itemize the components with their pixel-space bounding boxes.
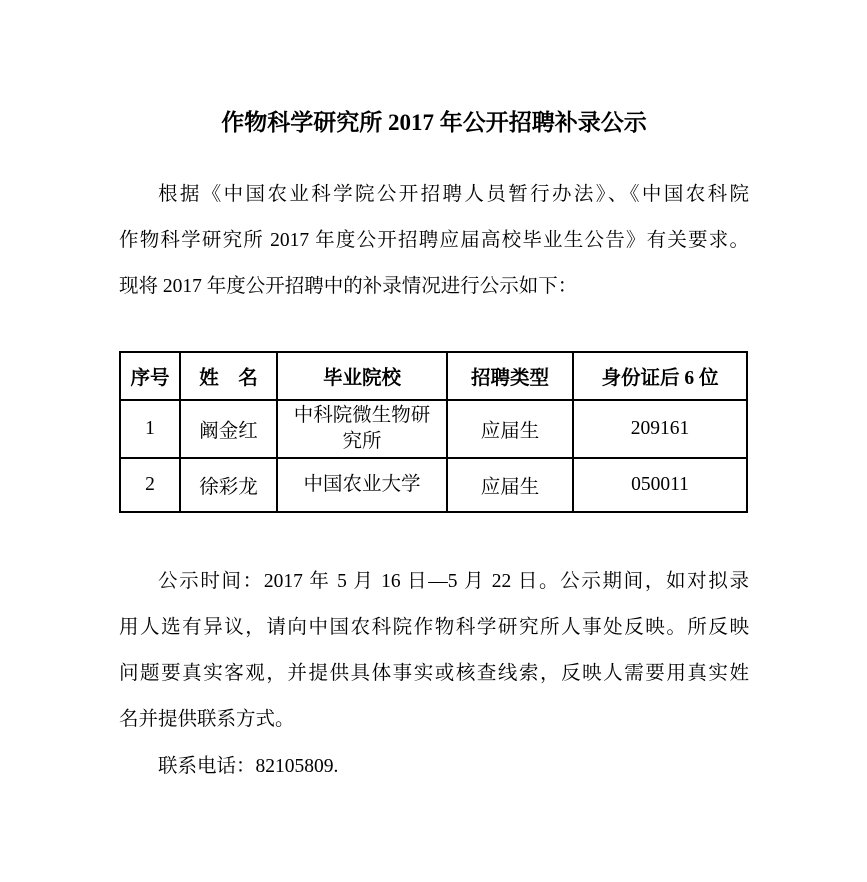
recruitment-table: 序号 姓 名 毕业院校 招聘类型 身份证后 6 位 1 阚金红 中科院微生物研究… <box>119 351 748 513</box>
intro-line-1: 根据《中国农业科学院公开招聘人员暂行办法》、《中国农科院 <box>119 172 749 218</box>
paragraph-intro: 根据《中国农业科学院公开招聘人员暂行办法》、《中国农科院 作物科学研究所 201… <box>119 172 749 310</box>
header-cell-type: 招聘类型 <box>447 352 573 400</box>
document-page: 作物科学研究所 2017 年公开招聘补录公示 根据《中国农业科学院公开招聘人员暂… <box>0 0 867 882</box>
cell-no: 1 <box>120 400 180 458</box>
cell-no: 2 <box>120 458 180 512</box>
notice-line-2: 用人选有异议，请向中国农科院作物科学研究所人事处反映。所反映 <box>119 605 749 651</box>
cell-name: 阚金红 <box>180 400 277 458</box>
cell-id6: 209161 <box>573 400 747 458</box>
header-cell-id6: 身份证后 6 位 <box>573 352 747 400</box>
cell-name: 徐彩龙 <box>180 458 277 512</box>
cell-school: 中科院微生物研究所 <box>277 400 447 458</box>
contact-line: 联系电话：82105809. <box>119 744 749 790</box>
cell-id6: 050011 <box>573 458 747 512</box>
header-cell-school: 毕业院校 <box>277 352 447 400</box>
header-cell-name: 姓 名 <box>180 352 277 400</box>
header-cell-no: 序号 <box>120 352 180 400</box>
notice-line-4: 名并提供联系方式。 <box>119 697 749 743</box>
cell-school: 中国农业大学 <box>277 458 447 512</box>
cell-type: 应届生 <box>447 400 573 458</box>
table-header-row: 序号 姓 名 毕业院校 招聘类型 身份证后 6 位 <box>120 352 747 400</box>
paragraph-notice: 公示时间：2017 年 5 月 16 日—5 月 22 日。公示期间，如对拟录 … <box>119 559 749 743</box>
table-row: 1 阚金红 中科院微生物研究所 应届生 209161 <box>120 400 747 458</box>
table-row: 2 徐彩龙 中国农业大学 应届生 050011 <box>120 458 747 512</box>
intro-line-3: 现将 2017 年度公开招聘中的补录情况进行公示如下： <box>119 264 749 310</box>
paragraph-contact: 联系电话：82105809. <box>119 744 749 790</box>
cell-type: 应届生 <box>447 458 573 512</box>
notice-line-1: 公示时间：2017 年 5 月 16 日—5 月 22 日。公示期间，如对拟录 <box>119 559 749 605</box>
document-title: 作物科学研究所 2017 年公开招聘补录公示 <box>119 106 749 140</box>
document-content: 作物科学研究所 2017 年公开招聘补录公示 根据《中国农业科学院公开招聘人员暂… <box>119 0 749 790</box>
notice-line-3: 问题要真实客观，并提供具体事实或核查线索，反映人需要用真实姓 <box>119 651 749 697</box>
cell-school-text: 中科院微生物研究所 <box>293 403 431 455</box>
intro-line-2: 作物科学研究所 2017 年度公开招聘应届高校毕业生公告》有关要求。 <box>119 218 749 264</box>
cell-school-text: 中国农业大学 <box>303 472 420 498</box>
